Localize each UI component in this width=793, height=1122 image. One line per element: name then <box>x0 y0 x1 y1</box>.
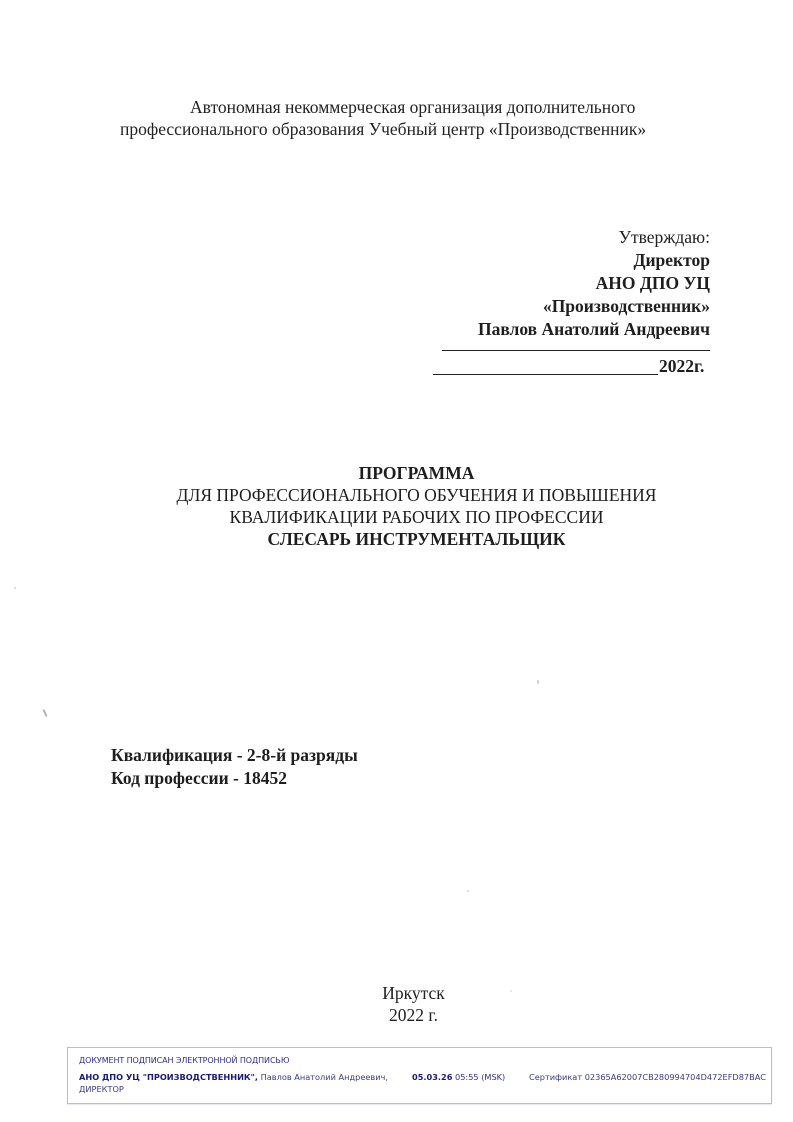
approval-org-short: АНО ДПО УЦ <box>478 272 710 295</box>
org-header-line-1: Автономная некоммерческая организация до… <box>190 96 635 118</box>
qualification-level: Квалификация - 2-8-й разряды <box>111 744 358 767</box>
approval-org-name: «Производственник» <box>478 295 710 318</box>
program-subtitle-line-2: КВАЛИФИКАЦИИ РАБОЧИХ ПО ПРОФЕССИИ <box>40 506 793 528</box>
esign-date: 05.03.26 <box>412 1072 452 1082</box>
approval-block: Утверждаю: Директор АНО ДПО УЦ «Производ… <box>478 226 710 341</box>
scan-speck <box>42 709 47 717</box>
place-and-year: Иркутск 2022 г. <box>0 982 793 1026</box>
approval-date-year: 2022г. <box>659 356 704 377</box>
program-subtitle-line-1: ДЛЯ ПРОФЕССИОНАЛЬНОГО ОБУЧЕНИЯ И ПОВЫШЕН… <box>40 484 793 506</box>
approval-label: Утверждаю: <box>478 226 710 249</box>
scan-speck <box>510 990 512 992</box>
profession-code: Код профессии - 18452 <box>111 767 358 790</box>
program-profession: СЛЕСАРЬ ИНСТРУМЕНТАЛЬЩИК <box>40 528 793 550</box>
approval-person: Павлов Анатолий Андреевич <box>478 318 710 341</box>
org-header-line-2: профессионального образования Учебный це… <box>120 118 646 140</box>
qualification-block: Квалификация - 2-8-й разряды Код професс… <box>111 744 358 790</box>
esign-time: 05:55 (MSK) <box>455 1072 505 1082</box>
signature-line <box>442 350 710 351</box>
year: 2022 г. <box>34 1004 793 1026</box>
esign-certificate: Сертификат 02365A62007CB280994704D472EFD… <box>529 1072 766 1082</box>
esign-title: ДОКУМЕНТ ПОДПИСАН ЭЛЕКТРОННОЙ ПОДПИСЬЮ <box>79 1056 289 1065</box>
esign-org: АНО ДПО УЦ "ПРОИЗВОДСТВЕННИК", <box>79 1072 258 1082</box>
esign-person: Павлов Анатолий Андреевич, <box>261 1072 388 1082</box>
esign-datetime: 05.03.26 05:55 (MSK) <box>412 1072 505 1082</box>
scan-speck <box>14 587 16 589</box>
electronic-signature-stamp: ДОКУМЕНТ ПОДПИСАН ЭЛЕКТРОННОЙ ПОДПИСЬЮ А… <box>67 1047 772 1104</box>
approval-position: Директор <box>478 249 710 272</box>
scan-speck <box>537 680 539 684</box>
city: Иркутск <box>34 982 793 1004</box>
esign-details-row: АНО ДПО УЦ "ПРОИЗВОДСТВЕННИК", Павлов Ан… <box>79 1072 763 1082</box>
program-title-block: ПРОГРАММА ДЛЯ ПРОФЕССИОНАЛЬНОГО ОБУЧЕНИЯ… <box>0 462 793 550</box>
scan-speck <box>467 890 469 892</box>
esign-role: ДИРЕКТОР <box>79 1084 124 1094</box>
date-line <box>433 374 658 375</box>
program-title: ПРОГРАММА <box>40 462 793 484</box>
